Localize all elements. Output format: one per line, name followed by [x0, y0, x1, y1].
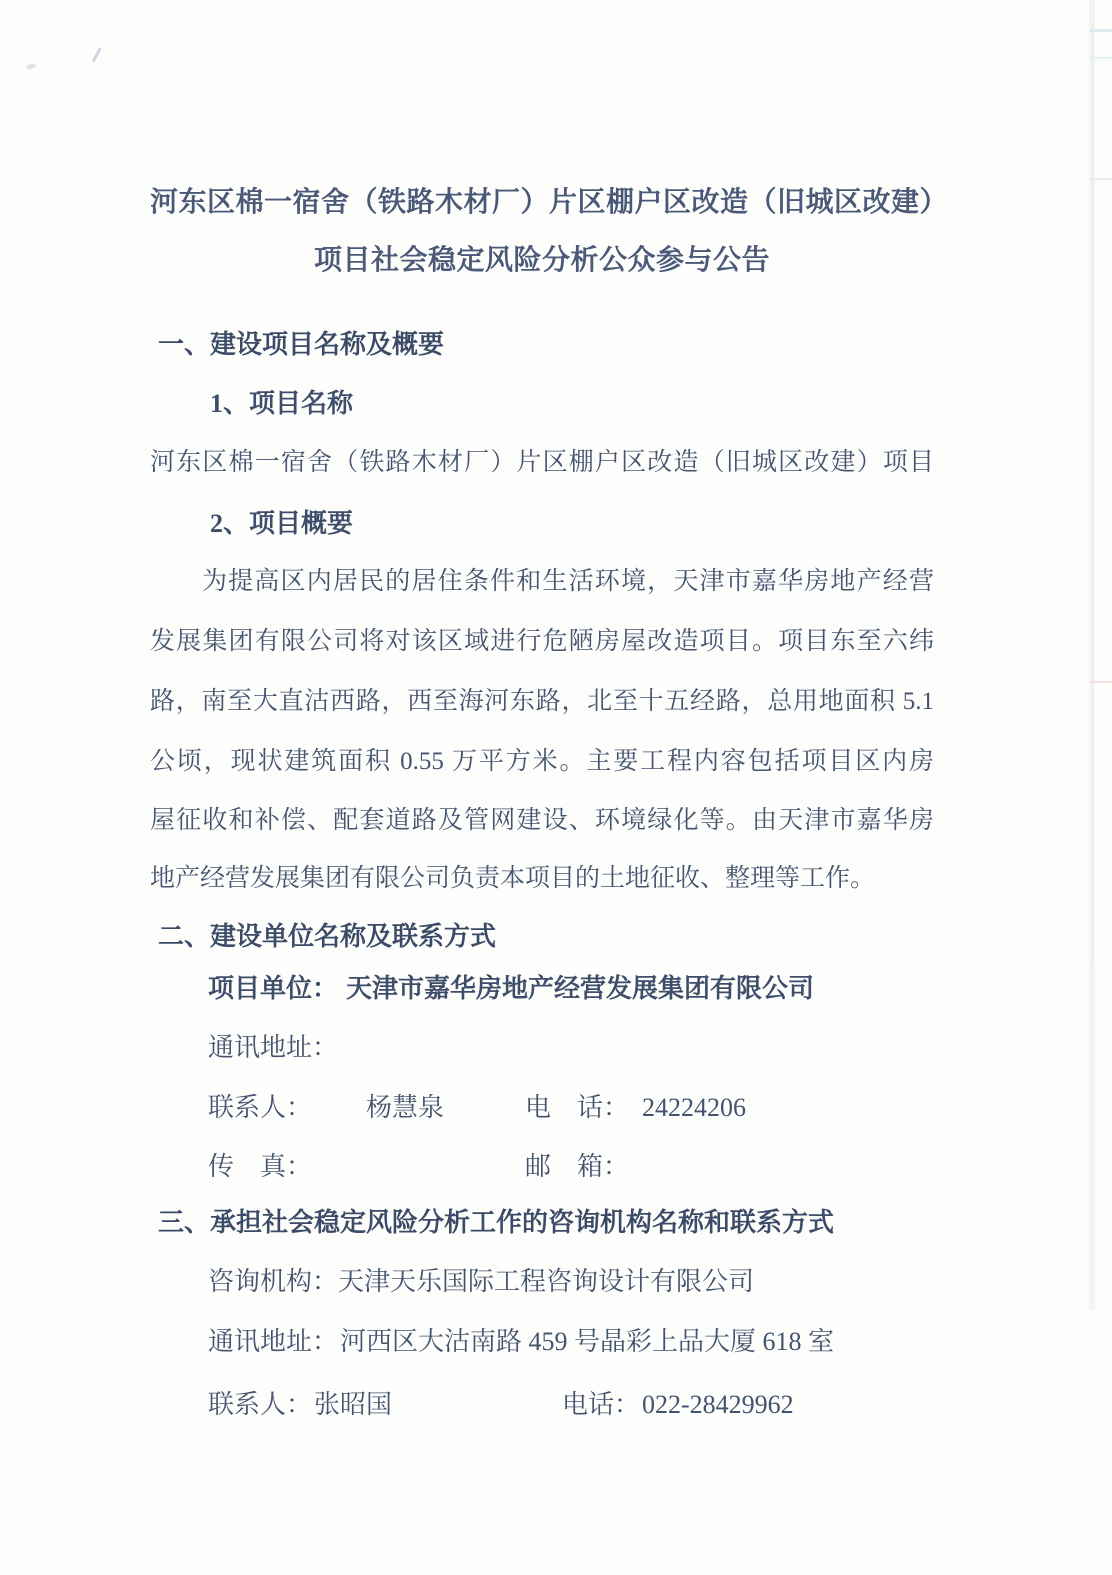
agency-address-value: 河西区大沽南路 459 号晶彩上品大厦 618 室 — [340, 1325, 834, 1359]
unit-email-label: 邮 箱： — [525, 1150, 629, 1184]
unit-contact-label: 联系人： — [208, 1091, 312, 1125]
paragraph-line-1: 为提高区内居民的居住条件和生活环境，天津市嘉华房地产经营 — [150, 565, 934, 599]
paragraph-line-6: 地产经营发展集团有限公司负责本项目的土地征收、整理等工作。 — [150, 862, 934, 896]
agency-phone-label: 电话： — [562, 1388, 640, 1422]
unit-address-label: 通讯地址： — [208, 1031, 338, 1065]
paragraph-line-2: 发展集团有限公司将对该区域进行危陋房屋改造项目。项目东至六纬 — [150, 625, 934, 659]
document-page: 河东区棉一宿舍（铁路木材厂）片区棚户区改造（旧城区改建） 项目社会稳定风险分析公… — [0, 0, 1112, 1575]
section-2-heading: 二、建设单位名称及联系方式 — [158, 919, 496, 954]
unit-address-row: 通讯地址： — [150, 1031, 990, 1073]
agency-contact-row: 联系人： 张昭国 电话： 022-28429962 — [150, 1388, 990, 1430]
agency-contact-value: 张昭国 — [314, 1388, 392, 1422]
project-name-line: 河东区棉一宿舍（铁路木材厂）片区棚户区改造（旧城区改建）项目 — [150, 446, 934, 480]
unit-fax-label: 传 真： — [208, 1150, 312, 1184]
paragraph-line-5: 屋征收和补偿、配套道路及管网建设、环境绿化等。由天津市嘉华房 — [150, 804, 934, 838]
section-1-heading: 一、建设项目名称及概要 — [158, 327, 444, 362]
section-1-item-2-label: 2、项目概要 — [210, 506, 353, 541]
section-3-heading: 三、承担社会稳定风险分析工作的咨询机构名称和联系方式 — [158, 1205, 834, 1240]
agency-value: 天津天乐国际工程咨询设计有限公司 — [338, 1265, 754, 1299]
agency-row: 咨询机构： 天津天乐国际工程咨询设计有限公司 — [150, 1265, 990, 1307]
project-unit-row: 项目单位： 天津市嘉华房地产经营发展集团有限公司 — [150, 972, 990, 1014]
unit-fax-email-row: 传 真： 邮 箱： — [150, 1150, 990, 1192]
agency-address-label: 通讯地址： — [208, 1325, 338, 1359]
document-title-line-1: 河东区棉一宿舍（铁路木材厂）片区棚户区改造（旧城区改建） — [150, 183, 934, 221]
unit-phone-value: 24224206 — [642, 1091, 746, 1125]
unit-contact-row: 联系人： 杨慧泉 电 话： 24224206 — [150, 1091, 990, 1133]
agency-phone-value: 022-28429962 — [642, 1388, 794, 1422]
project-unit-label: 项目单位： — [208, 972, 338, 1006]
scan-edge-line-lower — [1092, 964, 1093, 1304]
section-1-item-1-label: 1、项目名称 — [210, 386, 353, 421]
scan-streak — [1090, 57, 1112, 59]
scan-speck — [81, 41, 102, 62]
paragraph-line-4: 公顷，现状建筑面积 0.55 万平方米。主要工程内容包括项目区内房 — [150, 745, 934, 779]
scan-tick — [1090, 681, 1112, 683]
unit-phone-label: 电 话： — [525, 1091, 629, 1125]
scan-edge-line — [1092, 24, 1093, 964]
unit-contact-value: 杨慧泉 — [366, 1091, 444, 1125]
scan-streak — [1090, 29, 1112, 32]
scan-speck — [26, 63, 37, 70]
agency-contact-label: 联系人： — [208, 1388, 312, 1422]
agency-label: 咨询机构： — [208, 1265, 338, 1299]
agency-address-row: 通讯地址： 河西区大沽南路 459 号晶彩上品大厦 618 室 — [150, 1325, 990, 1367]
paragraph-line-3: 路，南至大直沽西路，西至海河东路，北至十五经路，总用地面积 5.1 — [150, 685, 934, 719]
project-unit-value: 天津市嘉华房地产经营发展集团有限公司 — [346, 972, 814, 1006]
scan-streak — [1090, 178, 1112, 180]
document-title-line-2: 项目社会稳定风险分析公众参与公告 — [150, 241, 934, 279]
